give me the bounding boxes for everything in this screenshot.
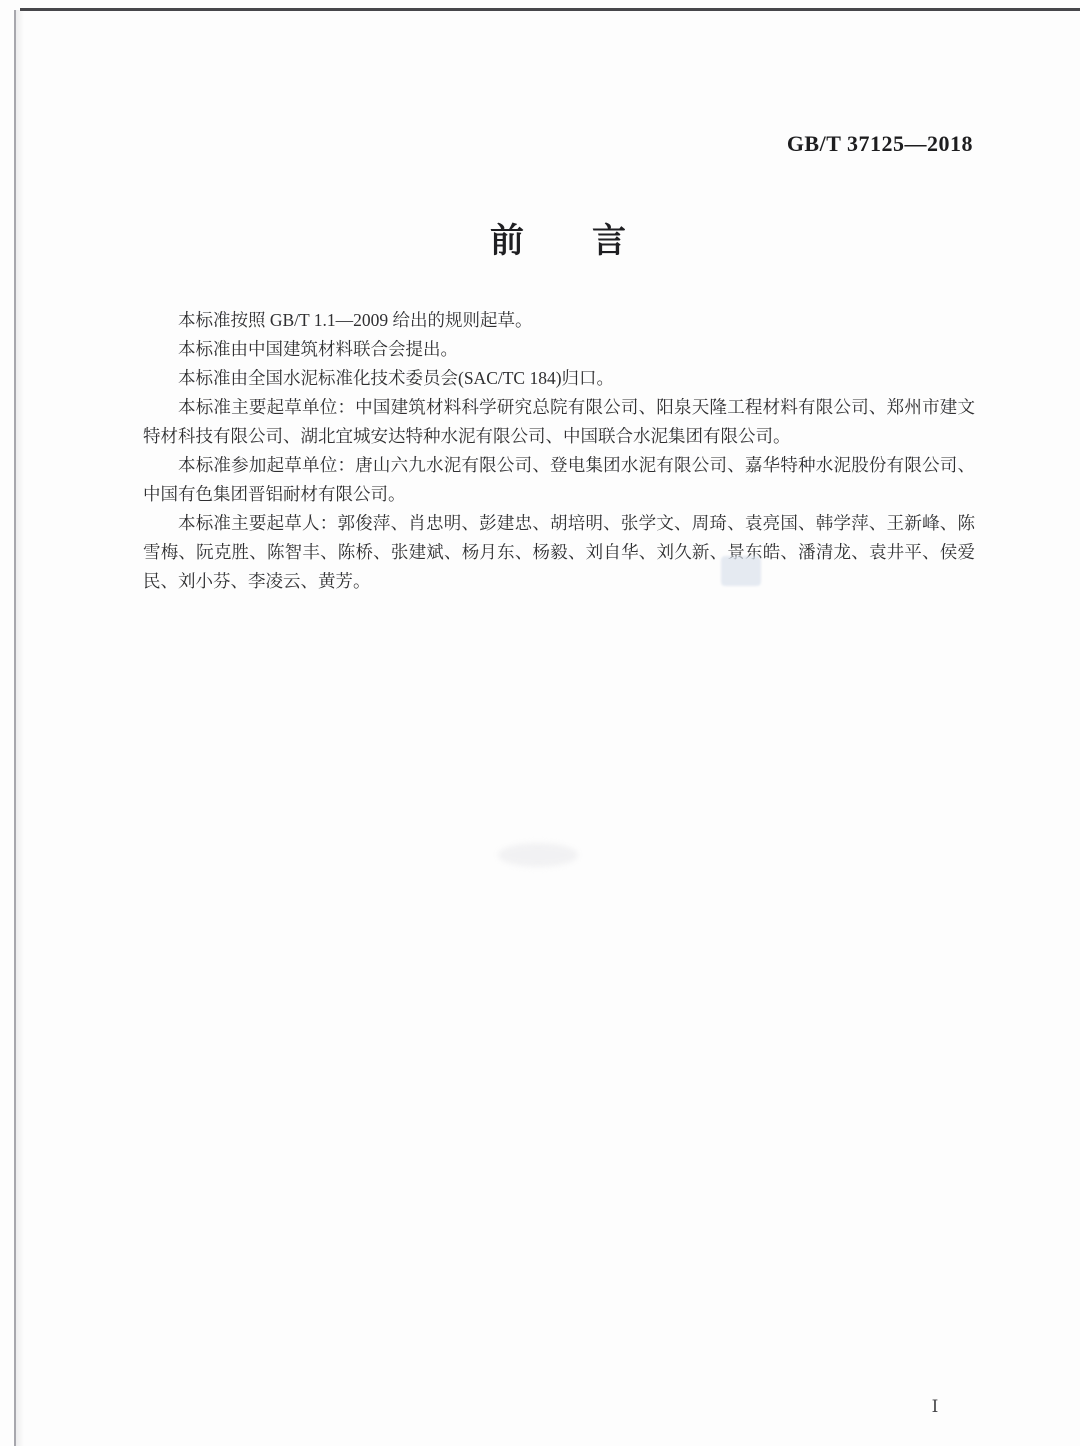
foreword-title: 前 言: [143, 213, 973, 262]
page-number: Ⅰ: [905, 1397, 965, 1417]
paragraph-main-drafting-units: 本标准主要起草单位：中国建筑材料科学研究总院有限公司、阳泉天隆工程材料有限公司、…: [143, 393, 975, 451]
foreword-body: 本标准按照 GB/T 1.1—2009 给出的规则起草。 本标准由中国建筑材料联…: [143, 306, 975, 596]
scanned-document-page: GB/T 37125—2018 前 言 本标准按照 GB/T 1.1—2009 …: [0, 0, 1080, 1446]
page-top-edge-line: [20, 8, 1080, 11]
paragraph-participating-units: 本标准参加起草单位：唐山六九水泥有限公司、登电集团水泥有限公司、嘉华特种水泥股份…: [143, 451, 975, 509]
scan-artifact-smudge: [498, 843, 578, 867]
page-left-edge-shadow: [16, 10, 24, 1446]
paragraph-main-drafters: 本标准主要起草人：郭俊萍、肖忠明、彭建忠、胡培明、张学文、周琦、袁亮国、韩学萍、…: [143, 509, 975, 596]
paragraph-drafting-rules: 本标准按照 GB/T 1.1—2009 给出的规则起草。: [143, 306, 975, 335]
paragraph-committee: 本标准由全国水泥标准化技术委员会(SAC/TC 184)归口。: [143, 364, 975, 393]
paragraph-proposed-by: 本标准由中国建筑材料联合会提出。: [143, 335, 975, 364]
standard-code: GB/T 37125—2018: [143, 131, 973, 157]
